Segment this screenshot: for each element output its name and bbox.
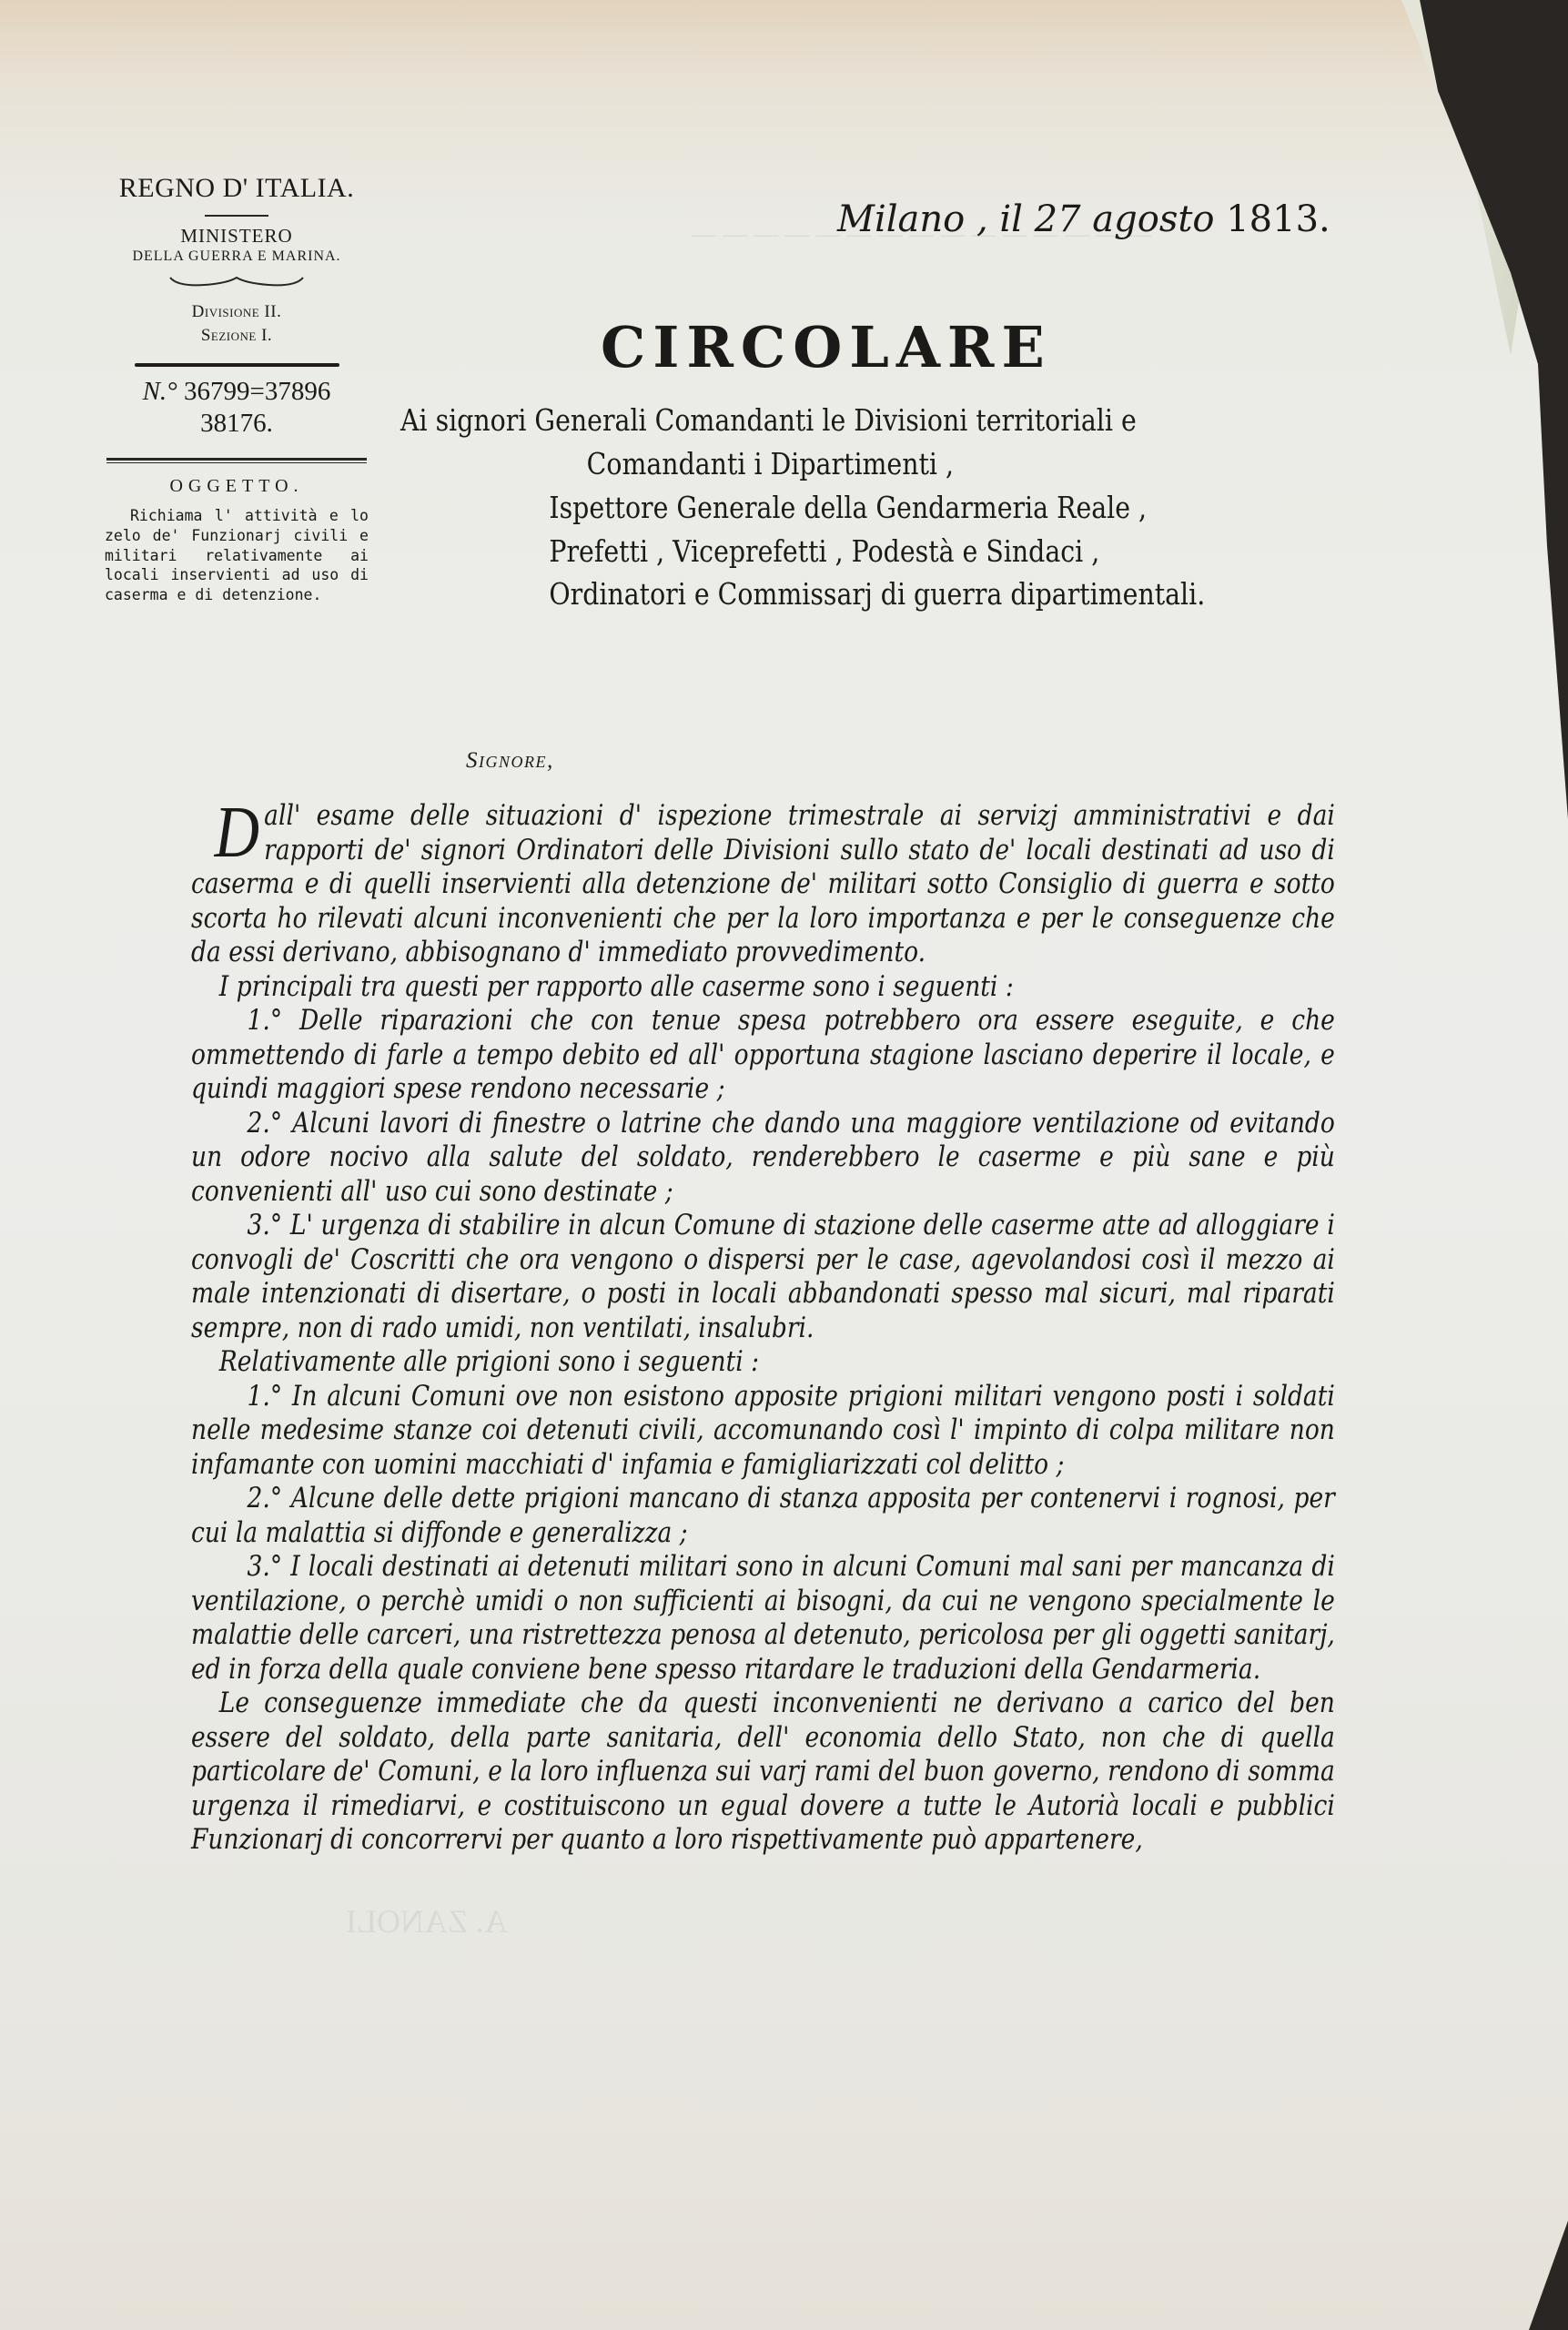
dateline: Milano , il 27 agosto 1813. xyxy=(837,198,1330,240)
prisons-item: 3.° I locali destinati ai detenuti milit… xyxy=(191,1550,1335,1687)
place-date: Milano , il 27 agosto xyxy=(837,198,1215,240)
addressee-line: Prefetti , Viceprefetti , Podestà e Sind… xyxy=(549,530,1245,573)
barracks-item: 2.° Alcuni lavori di finestre o latrine … xyxy=(191,1107,1335,1210)
kingdom-heading: REGNO D' ITALIA. xyxy=(91,173,382,204)
addressee-line: Ordinatori e Commissarj di guerra dipart… xyxy=(549,572,1245,616)
double-divider-rule xyxy=(106,458,367,463)
divider-rule xyxy=(205,215,268,217)
division-label: Divisione II. xyxy=(91,300,382,324)
show-through-text: A. ZANOLI xyxy=(346,1902,508,1940)
subject-text: Richiama l' attività e lo zelo de' Funzi… xyxy=(105,506,369,605)
protocol-number-2: 38176. xyxy=(91,408,382,440)
section-label: Sezione I. xyxy=(91,324,382,348)
year: 1813. xyxy=(1226,198,1330,240)
document-title: CIRCOLARE xyxy=(601,314,1052,380)
brace-ornament-icon xyxy=(168,274,305,289)
drop-cap: D xyxy=(215,806,259,859)
intro-paragraph: Dall' esame delle situazioni d' ispezion… xyxy=(191,799,1335,970)
divider-rule xyxy=(135,363,339,367)
protocol-prefix: N.° xyxy=(143,377,177,406)
subject-label: OGGETTO. xyxy=(91,476,382,497)
addressee-line: Ispettore Generale della Gendarmeria Rea… xyxy=(549,486,1245,530)
document-page: — — — — — — — — — — — — — — — A. ZANOLI … xyxy=(0,0,1568,2330)
protocol-numbers: 36799=37896 xyxy=(184,377,330,406)
barracks-item: 3.° L' urgenza di stabilire in alcun Com… xyxy=(191,1209,1335,1345)
barracks-item: 1.° Delle riparazioni che con tenue spes… xyxy=(191,1004,1335,1107)
prisons-item: 2.° Alcune delle dette prigioni mancano … xyxy=(191,1482,1335,1550)
addressee-list: Ai signori Generali Comandanti le Divisi… xyxy=(400,399,1246,616)
page-fold-corner xyxy=(1383,0,1529,355)
letter-body: Dall' esame delle situazioni d' ispezion… xyxy=(191,799,1335,1858)
addressee-line: Comandanti i Dipartimenti , xyxy=(587,442,1246,486)
ministry-heading: MINISTERO xyxy=(91,226,382,247)
salutation: Signore, xyxy=(466,748,554,774)
prisons-item: 1.° In alcuni Comuni ove non esistono ap… xyxy=(191,1380,1335,1483)
protocol-number: N.° 36799=37896 xyxy=(91,376,382,408)
ministry-subheading: DELLA GUERRA E MARINA. xyxy=(91,248,382,265)
prisons-heading: Relativamente alle prigioni sono i segue… xyxy=(191,1345,1335,1380)
letterhead-column: REGNO D' ITALIA. MINISTERO DELLA GUERRA … xyxy=(91,173,382,605)
conclusion-paragraph: Le conseguenze immediate che da questi i… xyxy=(191,1687,1335,1858)
barracks-heading: I principali tra questi per rapporto all… xyxy=(191,970,1335,1005)
addressee-line: Ai signori Generali Comandanti le Divisi… xyxy=(400,399,1246,442)
